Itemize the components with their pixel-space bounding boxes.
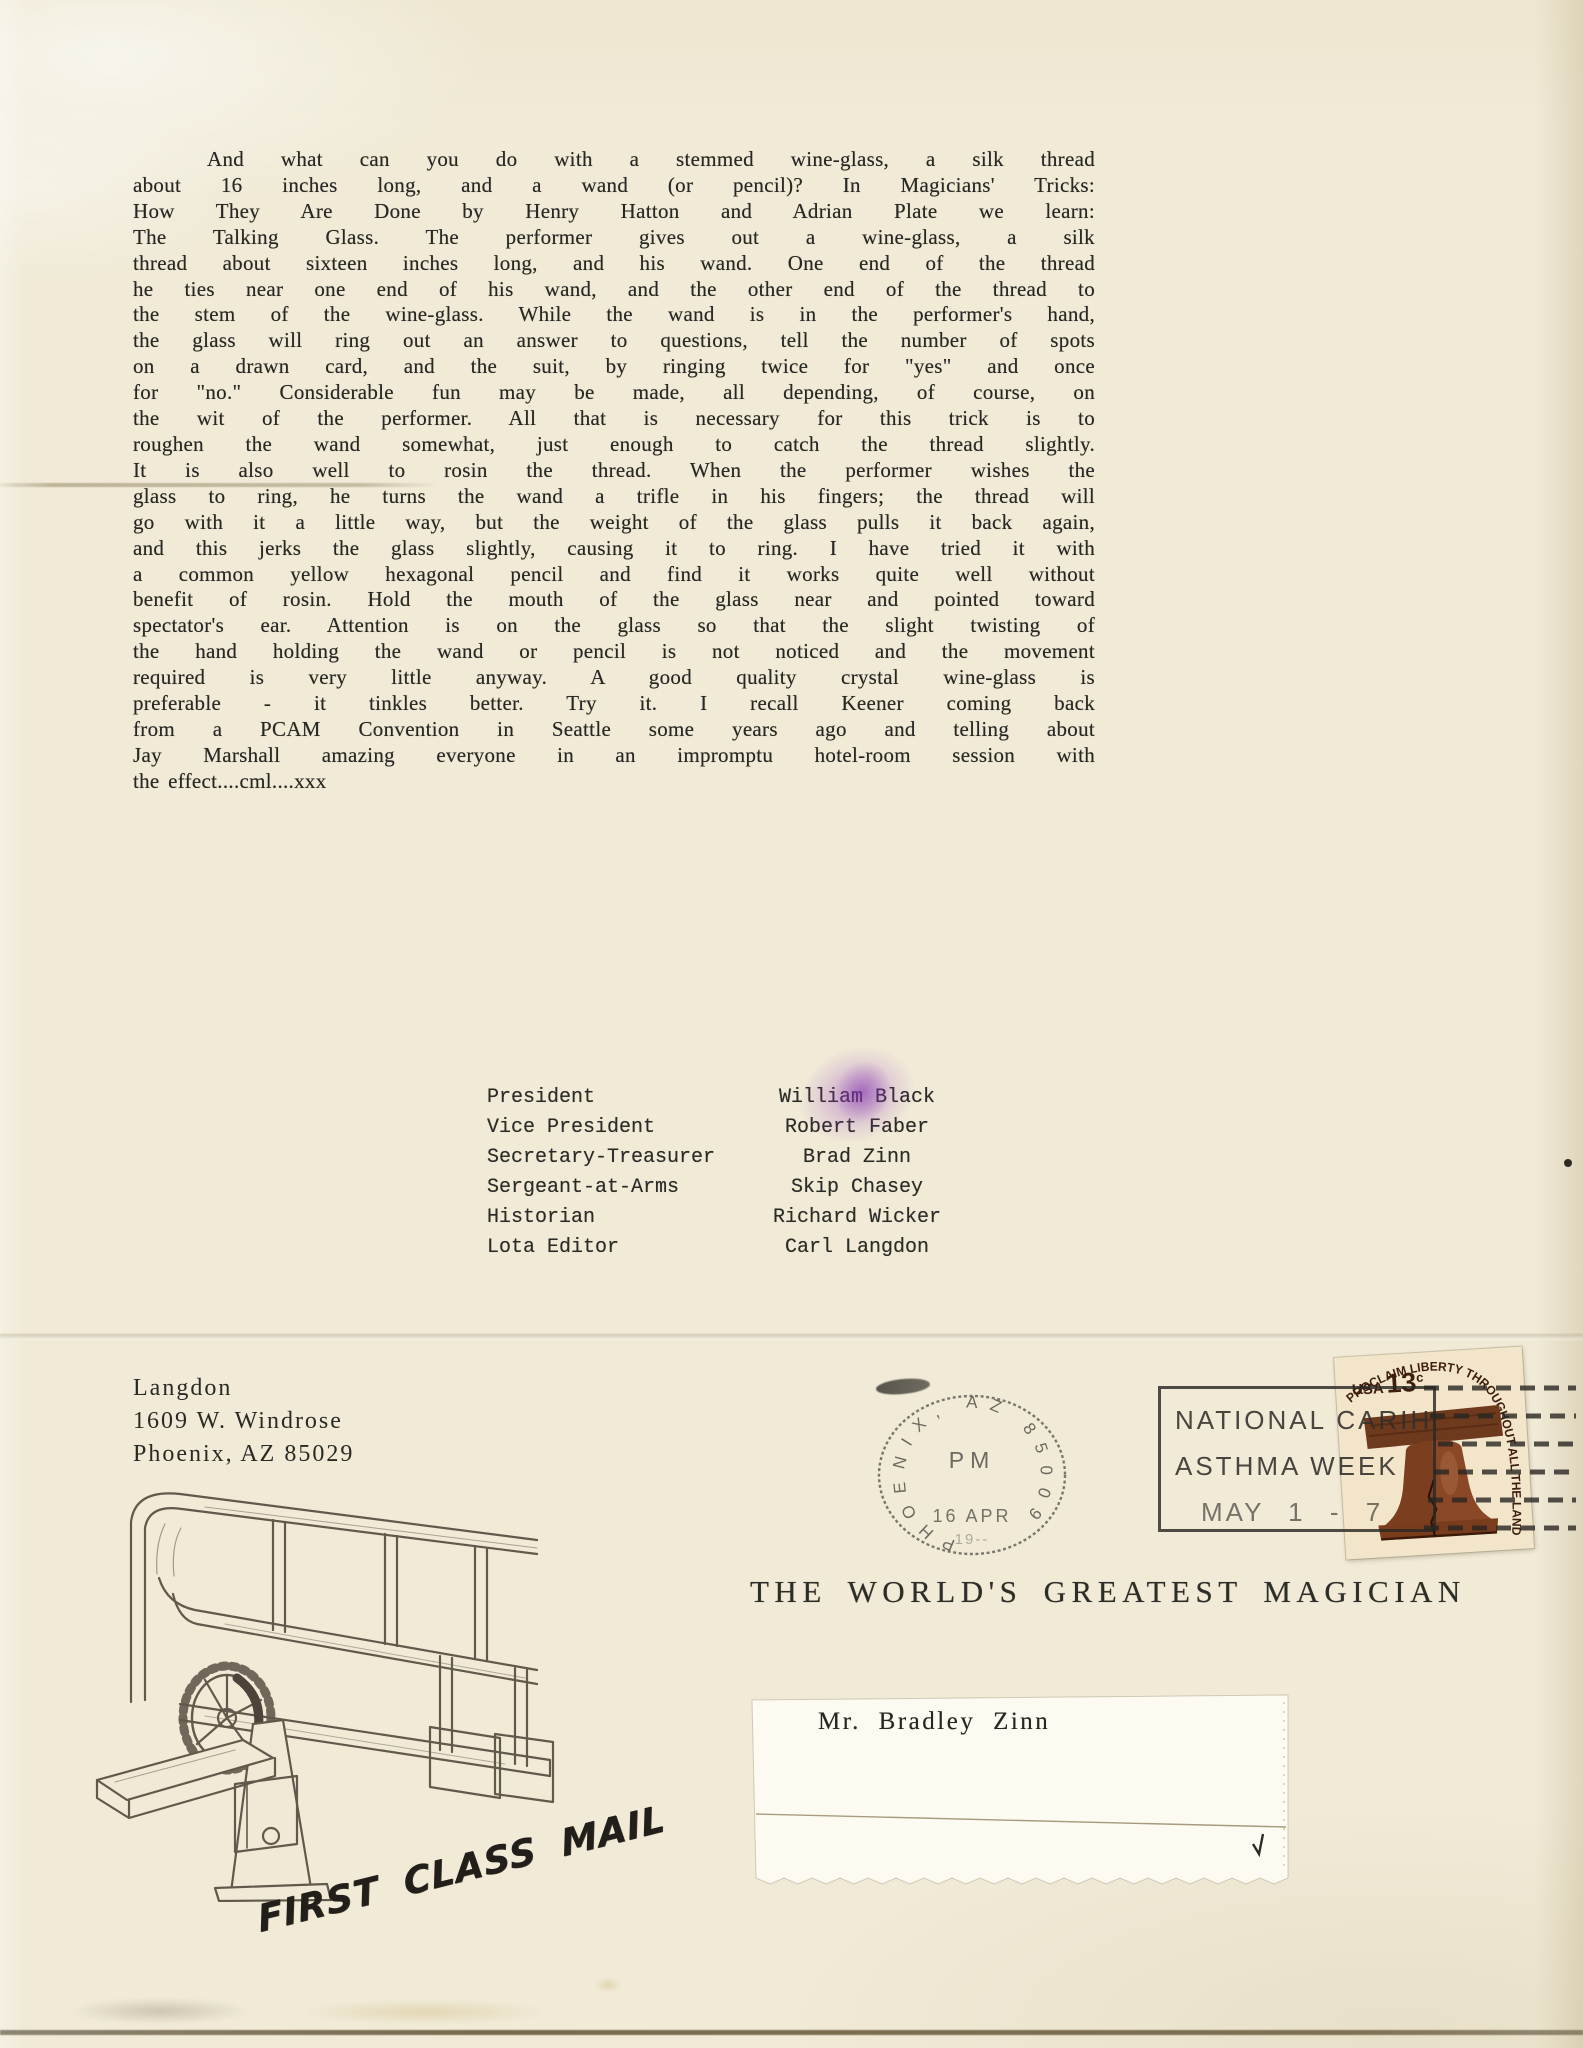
slogan-cancel-box: NATIONAL CARIH ASTHMA WEEK MAY 1 - 7 bbox=[1158, 1386, 1436, 1532]
paragraph-line: on a drawn card, and the suit, by ringin… bbox=[133, 354, 1095, 380]
officer-name: Richard Wicker bbox=[732, 1203, 982, 1233]
paragraph-line: for "no." Considerable fun may be made, … bbox=[133, 380, 1095, 406]
return-address-line: 1609 W. Windrose bbox=[133, 1405, 354, 1438]
officer-title: Lota Editor bbox=[487, 1233, 732, 1263]
postmark-date: 16 APR bbox=[932, 1506, 1011, 1526]
cachet-tagline: THE WORLD'S GREATEST MAGICIAN bbox=[750, 1574, 1466, 1610]
paragraph-line: Jay Marshall amazing everyone in an impr… bbox=[133, 743, 1095, 769]
paragraph-line: benefit of rosin. Hold the mouth of the … bbox=[133, 587, 1095, 613]
ink-speck bbox=[1564, 1159, 1572, 1167]
officer-row: Sergeant-at-ArmsSkip Chasey bbox=[487, 1173, 982, 1203]
officer-title: Historian bbox=[487, 1203, 732, 1233]
paragraph-line: from a PCAM Convention in Seattle some y… bbox=[133, 717, 1095, 743]
postmark: PHOENIX, AZ 85009 PM 16 APR 19-- bbox=[868, 1382, 1082, 1570]
officer-title: Vice President bbox=[487, 1113, 732, 1143]
return-address-line: Langdon bbox=[133, 1372, 354, 1405]
paragraph-line: glass to ring, he turns the wand a trifl… bbox=[133, 484, 1095, 510]
officer-row: Lota EditorCarl Langdon bbox=[487, 1233, 982, 1263]
officer-row: Vice PresidentRobert Faber bbox=[487, 1113, 982, 1143]
paragraph-line: go with it a little way, but the weight … bbox=[133, 510, 1095, 536]
paragraph-line: thread about sixteen inches long, and hi… bbox=[133, 251, 1095, 277]
paragraph-line: And what can you do with a stemmed wine-… bbox=[133, 147, 1095, 173]
paragraph-line: the glass will ring out an answer to que… bbox=[133, 328, 1095, 354]
return-address: Langdon 1609 W. Windrose Phoenix, AZ 850… bbox=[133, 1372, 354, 1471]
addressee-name: Mr. Bradley Zinn bbox=[818, 1708, 1050, 1736]
paragraph-line: The Talking Glass. The performer gives o… bbox=[133, 225, 1095, 251]
pencil-smudge bbox=[70, 1998, 250, 2024]
return-address-line: Phoenix, AZ 85029 bbox=[133, 1438, 354, 1471]
paragraph-line: required is very little anyway. A good q… bbox=[133, 665, 1095, 691]
postmark-year: 19-- bbox=[955, 1531, 990, 1548]
slogan-line: ASTHMA WEEK bbox=[1175, 1443, 1433, 1489]
paragraph-line: How They Are Done by Henry Hatton and Ad… bbox=[133, 199, 1095, 225]
fold-crease bbox=[0, 483, 438, 487]
letter-body-paragraph: And what can you do with a stemmed wine-… bbox=[133, 147, 1095, 795]
paragraph-line: a common yellow hexagonal pencil and fin… bbox=[133, 562, 1095, 588]
postmark-meridiem: PM bbox=[949, 1447, 996, 1473]
paragraph-line: and this jerks the glass slightly, causi… bbox=[133, 536, 1095, 562]
officer-title: President bbox=[487, 1083, 732, 1113]
paragraph-line: he ties near one end of his wand, and th… bbox=[133, 277, 1095, 303]
scan-edge bbox=[0, 2030, 1583, 2035]
officer-title: Sergeant-at-Arms bbox=[487, 1173, 732, 1203]
paragraph-line: preferable - it tinkles better. Try it. … bbox=[133, 691, 1095, 717]
stain-smudge bbox=[300, 2000, 550, 2024]
paragraph-line: about 16 inches long, and a wand (or pen… bbox=[133, 173, 1095, 199]
officer-title: Secretary-Treasurer bbox=[487, 1143, 732, 1173]
paragraph-line: spectator's ear. Attention is on the gla… bbox=[133, 613, 1095, 639]
paragraph-line: roughen the wand somewhat, just enough t… bbox=[133, 432, 1095, 458]
stain-smudge bbox=[595, 1978, 621, 1992]
paragraph-line: the hand holding the wand or pencil is n… bbox=[133, 639, 1095, 665]
paragraph-line: the effect....cml....xxx bbox=[133, 769, 1095, 795]
officer-row: Secretary-TreasurerBrad Zinn bbox=[487, 1143, 982, 1173]
slogan-line: NATIONAL CARIH bbox=[1175, 1397, 1433, 1443]
cancellation-bars bbox=[1424, 1378, 1582, 1546]
fold-crease bbox=[0, 1334, 1583, 1340]
officer-name: Brad Zinn bbox=[732, 1143, 982, 1173]
officer-name: Skip Chasey bbox=[732, 1173, 982, 1203]
scanned-newsletter-page: And what can you do with a stemmed wine-… bbox=[0, 0, 1583, 2048]
officer-name: Carl Langdon bbox=[732, 1233, 982, 1263]
slogan-line: MAY 1 - 7 bbox=[1175, 1489, 1433, 1535]
paragraph-line: the stem of the wine-glass. While the wa… bbox=[133, 302, 1095, 328]
paragraph-line: the wit of the performer. All that is ne… bbox=[133, 406, 1095, 432]
officer-row: HistorianRichard Wicker bbox=[487, 1203, 982, 1233]
paragraph-line: It is also well to rosin the thread. Whe… bbox=[133, 458, 1095, 484]
